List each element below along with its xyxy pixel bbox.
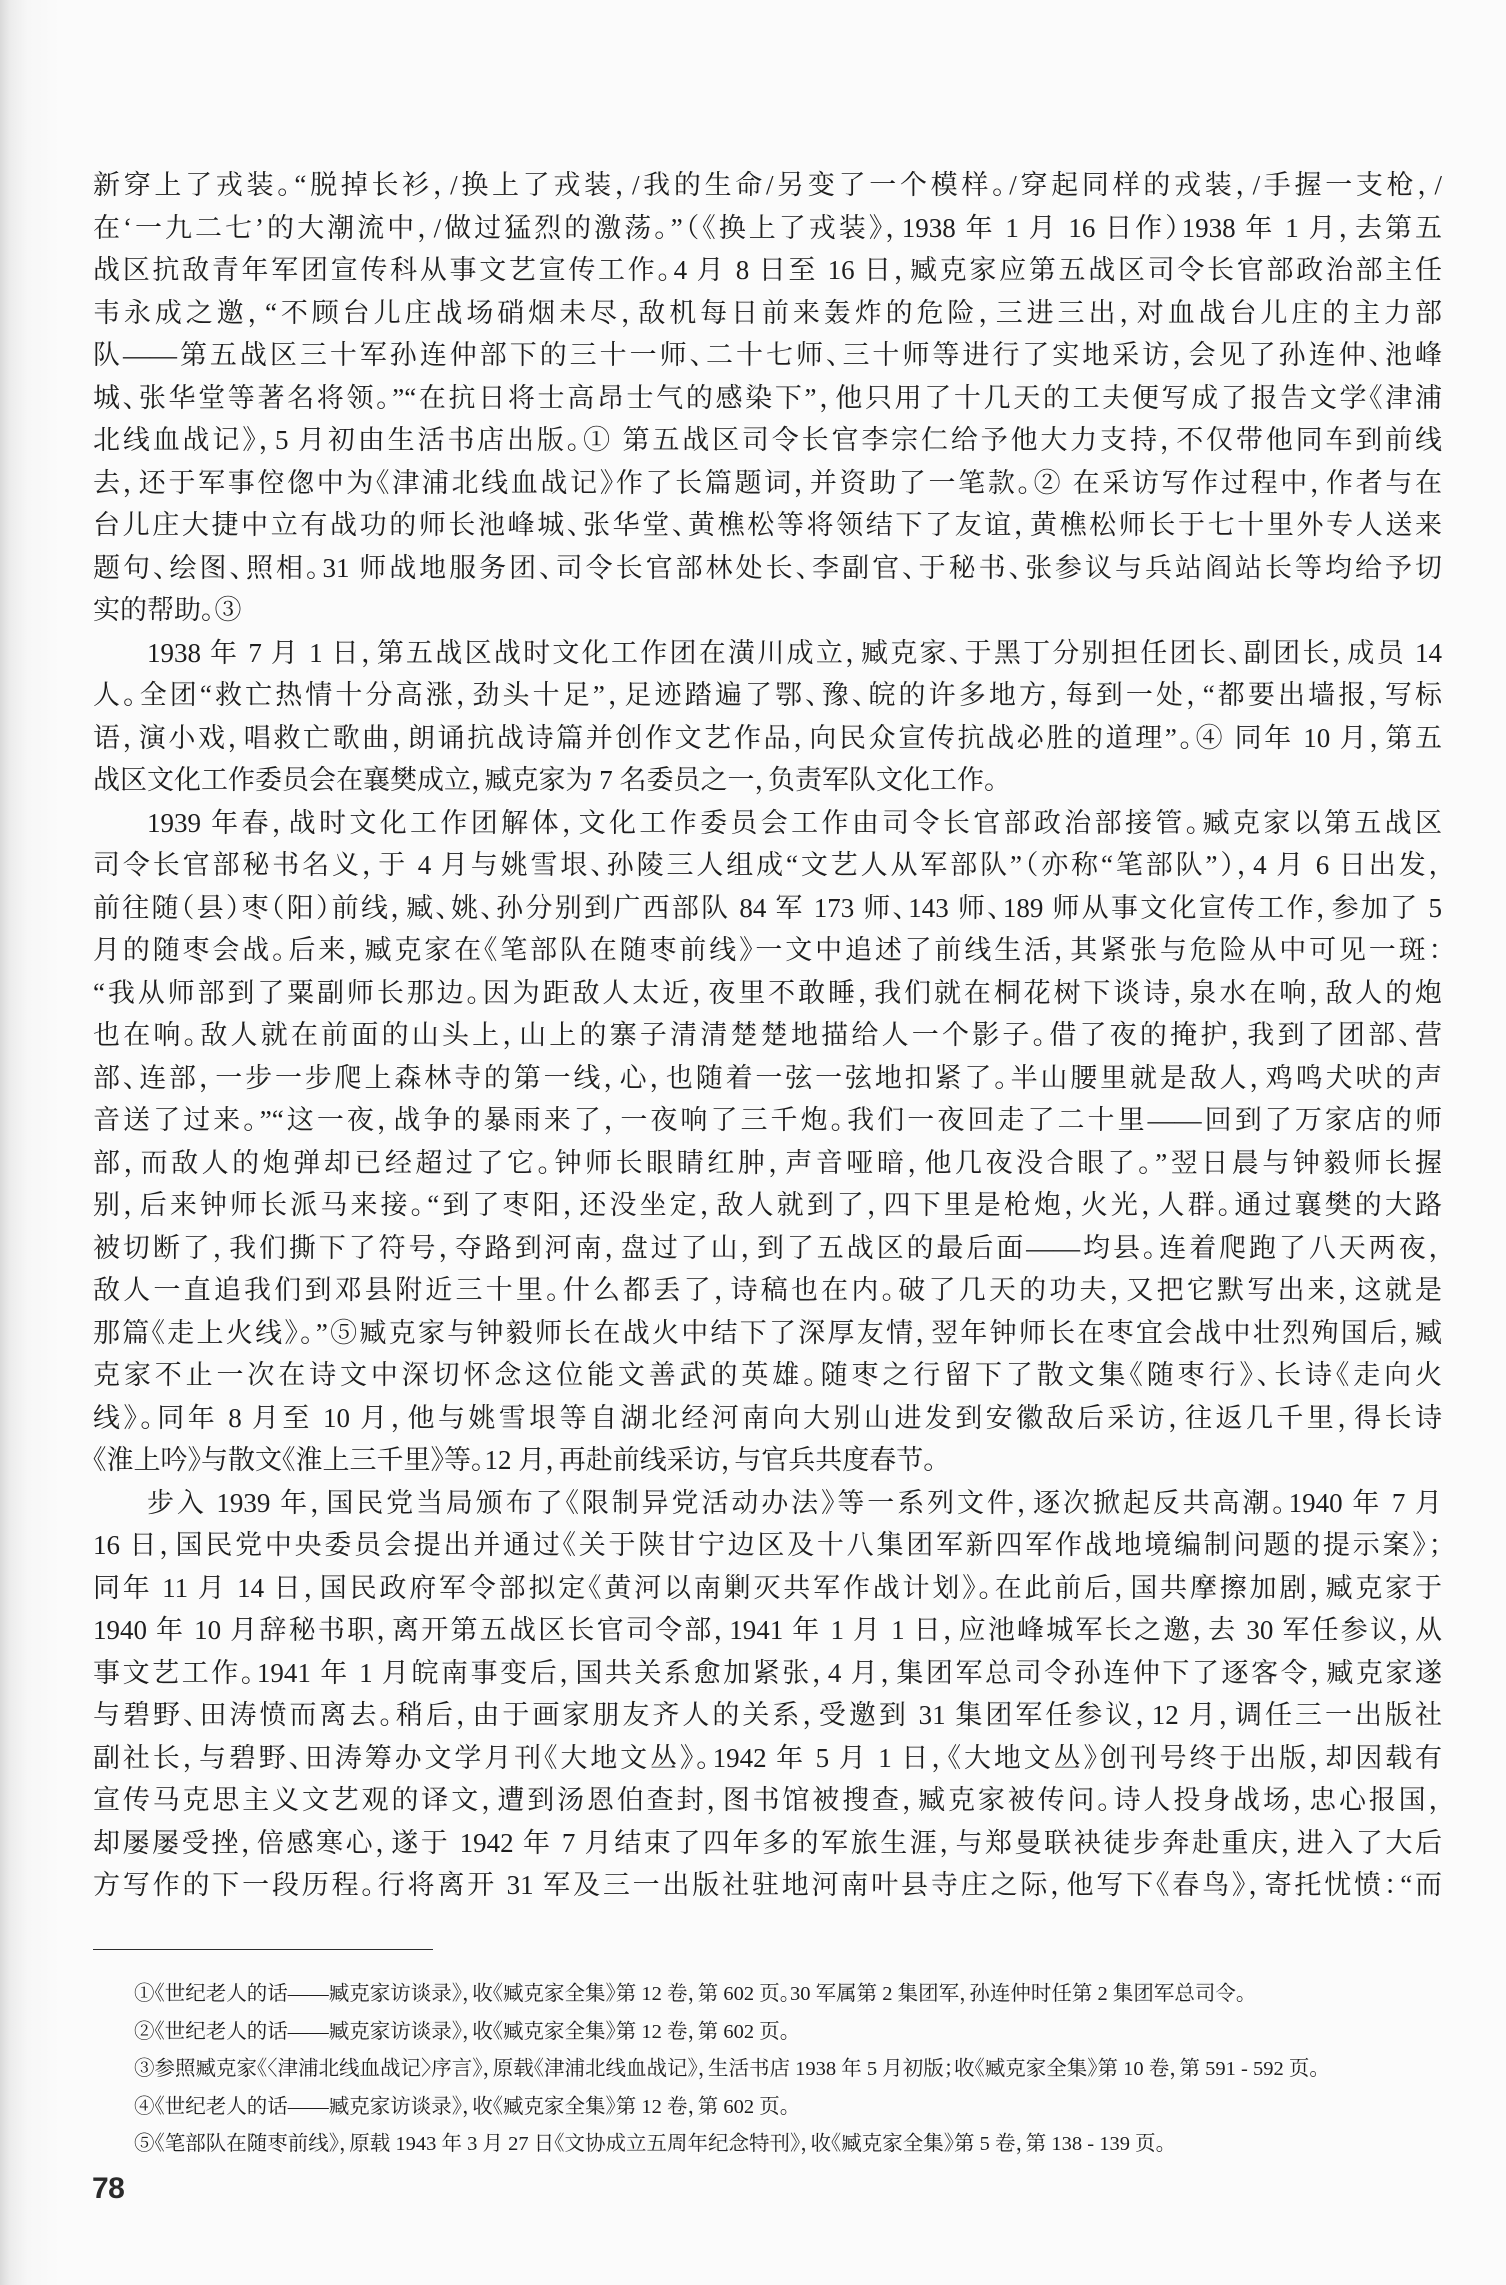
page-number: 78 (92, 2171, 124, 2207)
text-line: 与碧野、田涛愤而离去。稍后，由于画家朋友齐人的关系，受邀到 31 集团军任参议，… (93, 1694, 1442, 1737)
text-line: 事文艺工作。1941 年 1 月皖南事变后，国共关系愈加紧张，4 月，集团军总司… (93, 1652, 1442, 1695)
footnote-marker: ④ (134, 2096, 155, 2118)
text-line: 实的帮助。③ (93, 589, 1442, 632)
footnote-text: 《世纪老人的话——臧克家访谈录》，收《臧克家全集》第 12 卷，第 602 页。 (155, 2021, 791, 2043)
text-line: 副社长，与碧野、田涛筹办文学月刊《大地文丛》。1942 年 5 月 1 日，《大… (93, 1737, 1442, 1780)
body-text: 新穿上了戎装。“脱掉长衫，/换上了戎装，/我的生命/另变了一个模样。/穿起同样的… (93, 164, 1442, 1907)
text-line: 司令长官部秘书名义，于 4 月与姚雪垠、孙陵三人组成“文艺人从军部队”（亦称“笔… (93, 844, 1442, 887)
footnote-marker: ⑤ (134, 2133, 155, 2155)
footnote-marker: ② (134, 2021, 155, 2043)
text-line: 新穿上了戎装。“脱掉长衫，/换上了戎装，/我的生命/另变了一个模样。/穿起同样的… (93, 164, 1442, 207)
text-line: 16 日，国民党中央委员会提出并通过《关于陕甘宁边区及十八集团军新四军作战地境编… (93, 1524, 1442, 1567)
text-line: 月的随枣会战。后来，臧克家在《笔部队在随枣前线》一文中追述了前线生活，其紧张与危… (93, 929, 1442, 972)
text-line: 人。全团“救亡热情十分高涨，劲头十足”，足迹踏遍了鄂、豫、皖的许多地方，每到一处… (93, 674, 1442, 717)
footnote-3: ③参照臧克家《〈津浦北线血战记〉序言》，原载《津浦北线血战记》，生活书店 193… (93, 2051, 1442, 2089)
footnote-text: 《笔部队在随枣前线》，原载 1943 年 3 月 27 日《文协成立五周年纪念特… (155, 2133, 1166, 2155)
footnote-separator (93, 1949, 433, 1950)
text-line: 去，还于军事倥偬中为《津浦北线血战记》作了长篇题词，并资助了一笔款。② 在采访写… (93, 462, 1442, 505)
paragraph-1: 新穿上了戎装。“脱掉长衫，/换上了戎装，/我的生命/另变了一个模样。/穿起同样的… (93, 164, 1442, 632)
text-line: 同年 11 月 14 日，国民政府军令部拟定《黄河以南剿灭共军作战计划》。在此前… (93, 1567, 1442, 1610)
text-line: 部，而敌人的炮弹却已经超过了它。钟师长眼睛红肿，声音哑暗，他几夜没合眼了。”翌日… (93, 1142, 1442, 1185)
text-line: 克家不止一次在诗文中深切怀念这位能文善武的英雄。随枣之行留下了散文集《随枣行》、… (93, 1354, 1442, 1397)
footnotes: ①《世纪老人的话——臧克家访谈录》，收《臧克家全集》第 12 卷，第 602 页… (93, 1976, 1442, 2164)
text-line: 题句、绘图、照相。31 师战地服务团、司令长官部林处长、李副官、于秘书、张参议与… (93, 547, 1442, 590)
paragraph-4: 步入 1939 年，国民党当局颁布了《限制异党活动办法》等一系列文件，逐次掀起反… (93, 1482, 1442, 1907)
footnote-1: ①《世纪老人的话——臧克家访谈录》，收《臧克家全集》第 12 卷，第 602 页… (93, 1976, 1442, 2014)
text-line: 1938 年 7 月 1 日，第五战区战时文化工作团在潢川成立，臧克家、于黑丁分… (93, 632, 1442, 675)
document-page: 新穿上了戎装。“脱掉长衫，/换上了戎装，/我的生命/另变了一个模样。/穿起同样的… (0, 0, 1506, 2285)
text-line: 城、张华堂等著名将领。”“在抗日将士高昂士气的感染下”，他只用了十几天的工夫便写… (93, 377, 1442, 420)
text-line: 前往随（县）枣（阳）前线，臧、姚、孙分别到广西部队 84 军 173 师、143… (93, 887, 1442, 930)
text-line: 被切断了，我们撕下了符号，夺路到河南，盘过了山，到了五战区的最后面——均县。连着… (93, 1227, 1442, 1270)
text-line: 敌人一直追我们到邓县附近三十里。什么都丢了，诗稿也在内。破了几天的功夫，又把它默… (93, 1269, 1442, 1312)
footnote-text: 《世纪老人的话——臧克家访谈录》，收《臧克家全集》第 12 卷，第 602 页。… (155, 1983, 1247, 2005)
text-line: 部、连部，一步一步爬上森林寺的第一线，心，也随着一弦一弦地扣紧了。半山腰里就是敌… (93, 1057, 1442, 1100)
footnote-marker: ③ (134, 2058, 155, 2080)
text-line: 韦永成之邀，“不顾台儿庄战场硝烟未尽，敌机每日前来轰炸的危险，三进三出，对血战台… (93, 292, 1442, 335)
text-line: 线》。同年 8 月至 10 月，他与姚雪垠等自湖北经河南向大别山进发到安徽敌后采… (93, 1397, 1442, 1440)
footnote-4: ④《世纪老人的话——臧克家访谈录》，收《臧克家全集》第 12 卷，第 602 页… (93, 2089, 1442, 2127)
text-line: 那篇《走上火线》。”⑤臧克家与钟毅师长在战火中结下了深厚友情，翌年钟师长在枣宜会… (93, 1312, 1442, 1355)
text-line: 队——第五战区三十军孙连仲部下的三十一师、二十七师、三十师等进行了实地采访，会见… (93, 334, 1442, 377)
footnote-5: ⑤《笔部队在随枣前线》，原载 1943 年 3 月 27 日《文协成立五周年纪念… (93, 2126, 1442, 2164)
text-line: 战区抗敌青年军团宣传科从事文艺宣传工作。4 月 8 日至 16 日，臧克家应第五… (93, 249, 1442, 292)
text-line: “我从师部到了粟副师长那边。因为距敌人太近，夜里不敢睡，我们就在桐花树下谈诗，泉… (93, 972, 1442, 1015)
footnote-2: ②《世纪老人的话——臧克家访谈录》，收《臧克家全集》第 12 卷，第 602 页… (93, 2014, 1442, 2052)
text-line: 也在响。敌人就在前面的山头上，山上的寨子清清楚楚地描给人一个影子。借了夜的掩护，… (93, 1014, 1442, 1057)
paragraph-3: 1939 年春，战时文化工作团解体，文化工作委员会工作由司令长官部政治部接管。臧… (93, 802, 1442, 1482)
text-line: 方写作的下一段历程。行将离开 31 军及三一出版社驻地河南叶县寺庄之际，他写下《… (93, 1864, 1442, 1907)
text-line: 步入 1939 年，国民党当局颁布了《限制异党活动办法》等一系列文件，逐次掀起反… (93, 1482, 1442, 1525)
footnote-text: 《世纪老人的话——臧克家访谈录》，收《臧克家全集》第 12 卷，第 602 页。 (155, 2096, 791, 2118)
text-line: 北线血战记》，5 月初由生活书店出版。① 第五战区司令长官李宗仁给予他大力支持，… (93, 419, 1442, 462)
text-line: 音送了过来。”“这一夜，战争的暴雨来了，一夜响了三千炮。我们一夜回走了二十里——… (93, 1099, 1442, 1142)
text-line: 1940 年 10 月辞秘书职，离开第五战区长官司令部，1941 年 1 月 1… (93, 1609, 1442, 1652)
footnote-marker: ① (134, 1983, 155, 2005)
text-line: 战区文化工作委员会在襄樊成立，臧克家为 7 名委员之一，负责军队文化工作。 (93, 759, 1442, 802)
text-line: 1939 年春，战时文化工作团解体，文化工作委员会工作由司令长官部政治部接管。臧… (93, 802, 1442, 845)
text-line: 《淮上吟》与散文《淮上三千里》等。12 月，再赴前线采访，与官兵共度春节。 (93, 1439, 1442, 1482)
text-line: 台儿庄大捷中立有战功的师长池峰城、张华堂、黄樵松等将领结下了友谊，黄樵松师长于七… (93, 504, 1442, 547)
text-line: 宣传马克思主义文艺观的译文，遭到汤恩伯查封，图书馆被搜查，臧克家被传问。诗人投身… (93, 1779, 1442, 1822)
footnote-text: 参照臧克家《〈津浦北线血战记〉序言》，原载《津浦北线血战记》，生活书店 1938… (155, 2058, 1320, 2080)
text-line: 却屡屡受挫，倍感寒心，遂于 1942 年 7 月结束了四年多的军旅生涯，与郑曼联… (93, 1822, 1442, 1865)
text-line: 语，演小戏，唱救亡歌曲，朗诵抗战诗篇并创作文艺作品，向民众宣传抗战必胜的道理”。… (93, 717, 1442, 760)
text-line: 在‘一九二七’的大潮流中，/做过猛烈的激荡。”（《换上了戎装》，1938 年 1… (93, 207, 1442, 250)
paragraph-2: 1938 年 7 月 1 日，第五战区战时文化工作团在潢川成立，臧克家、于黑丁分… (93, 632, 1442, 802)
text-line: 别，后来钟师长派马来接。“到了枣阳，还没坐定，敌人就到了，四下里是枪炮，火光，人… (93, 1184, 1442, 1227)
